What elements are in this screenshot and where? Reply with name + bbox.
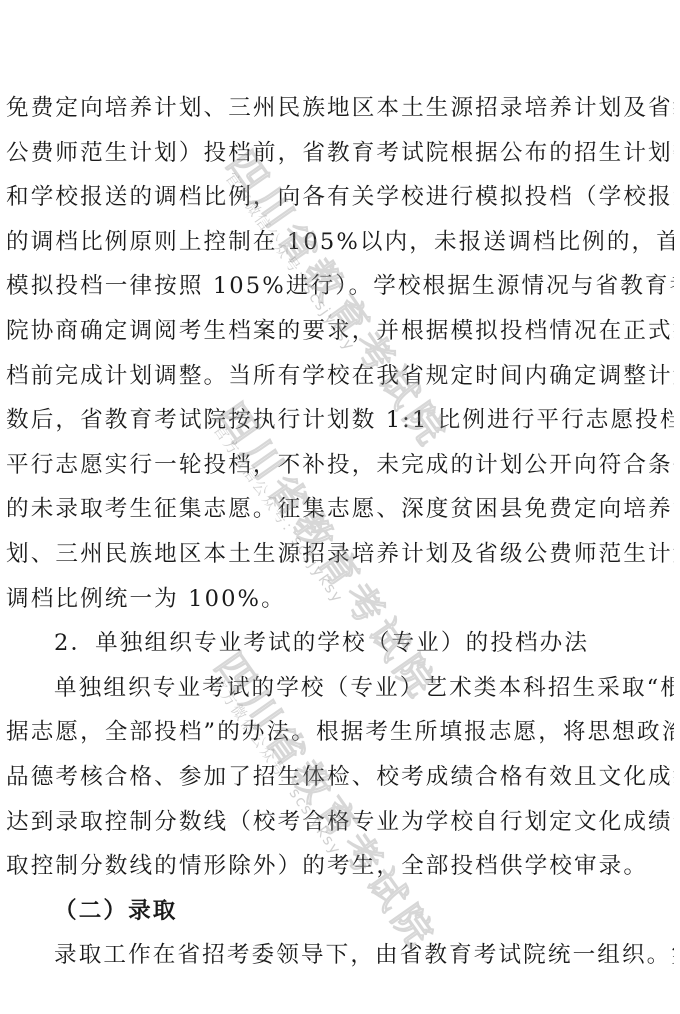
text-line: 调档比例统一为 100%。: [6, 577, 674, 622]
paragraph-start-line: 单独组织专业考试的学校（专业）艺术类本科招生采取“根: [6, 666, 674, 711]
text-line: 档前完成计划调整。当所有学校在我省规定时间内确定调整计划: [6, 354, 674, 399]
text-line: 免费定向培养计划、三州民族地区本土生源招录培养计划及省级: [6, 86, 674, 131]
subheading-investment-method: 2．单独组织专业考试的学校（专业）的投档办法: [6, 621, 674, 666]
document-body: 免费定向培养计划、三州民族地区本土生源招录培养计划及省级 公费师范生计划）投档前…: [6, 86, 674, 978]
text-line: 划、三州民族地区本土生源招录培养计划及省级公费师范生计划: [6, 532, 674, 577]
text-line: 院协商确定调阅考生档案的要求，并根据模拟投档情况在正式投: [6, 309, 674, 354]
text-line: 的调档比例原则上控制在 105%以内，未报送调档比例的，首次: [6, 220, 674, 265]
text-line: 模拟投档一律按照 105%进行）。学校根据生源情况与省教育考试: [6, 264, 674, 309]
text-line: 公费师范生计划）投档前，省教育考试院根据公布的招生计划数: [6, 131, 674, 176]
text-line: 达到录取控制分数线（校考合格专业为学校自行划定文化成绩录: [6, 800, 674, 845]
text-line: 和学校报送的调档比例，向各有关学校进行模拟投档（学校报送: [6, 175, 674, 220]
text-line: 的未录取考生征集志愿。征集志愿、深度贫困县免费定向培养计: [6, 487, 674, 532]
section-heading-admission: （二）录取: [6, 889, 674, 934]
text-line: 取控制分数线的情形除外）的考生，全部投档供学校审录。: [6, 844, 674, 889]
paragraph-start-line: 录取工作在省招考委领导下，由省教育考试院统一组织。实: [6, 933, 674, 978]
text-line: 数后，省教育考试院按执行计划数 1:1 比例进行平行志愿投档。: [6, 398, 674, 443]
document-page: 免费定向培养计划、三州民族地区本土生源招录培养计划及省级 公费师范生计划）投档前…: [0, 0, 680, 1014]
text-line: 据志愿，全部投档”的办法。根据考生所填报志愿，将思想政治: [6, 710, 674, 755]
text-line: 品德考核合格、参加了招生体检、校考成绩合格有效且文化成绩: [6, 755, 674, 800]
text-line: 平行志愿实行一轮投档，不补投，未完成的计划公开向符合条件: [6, 443, 674, 488]
